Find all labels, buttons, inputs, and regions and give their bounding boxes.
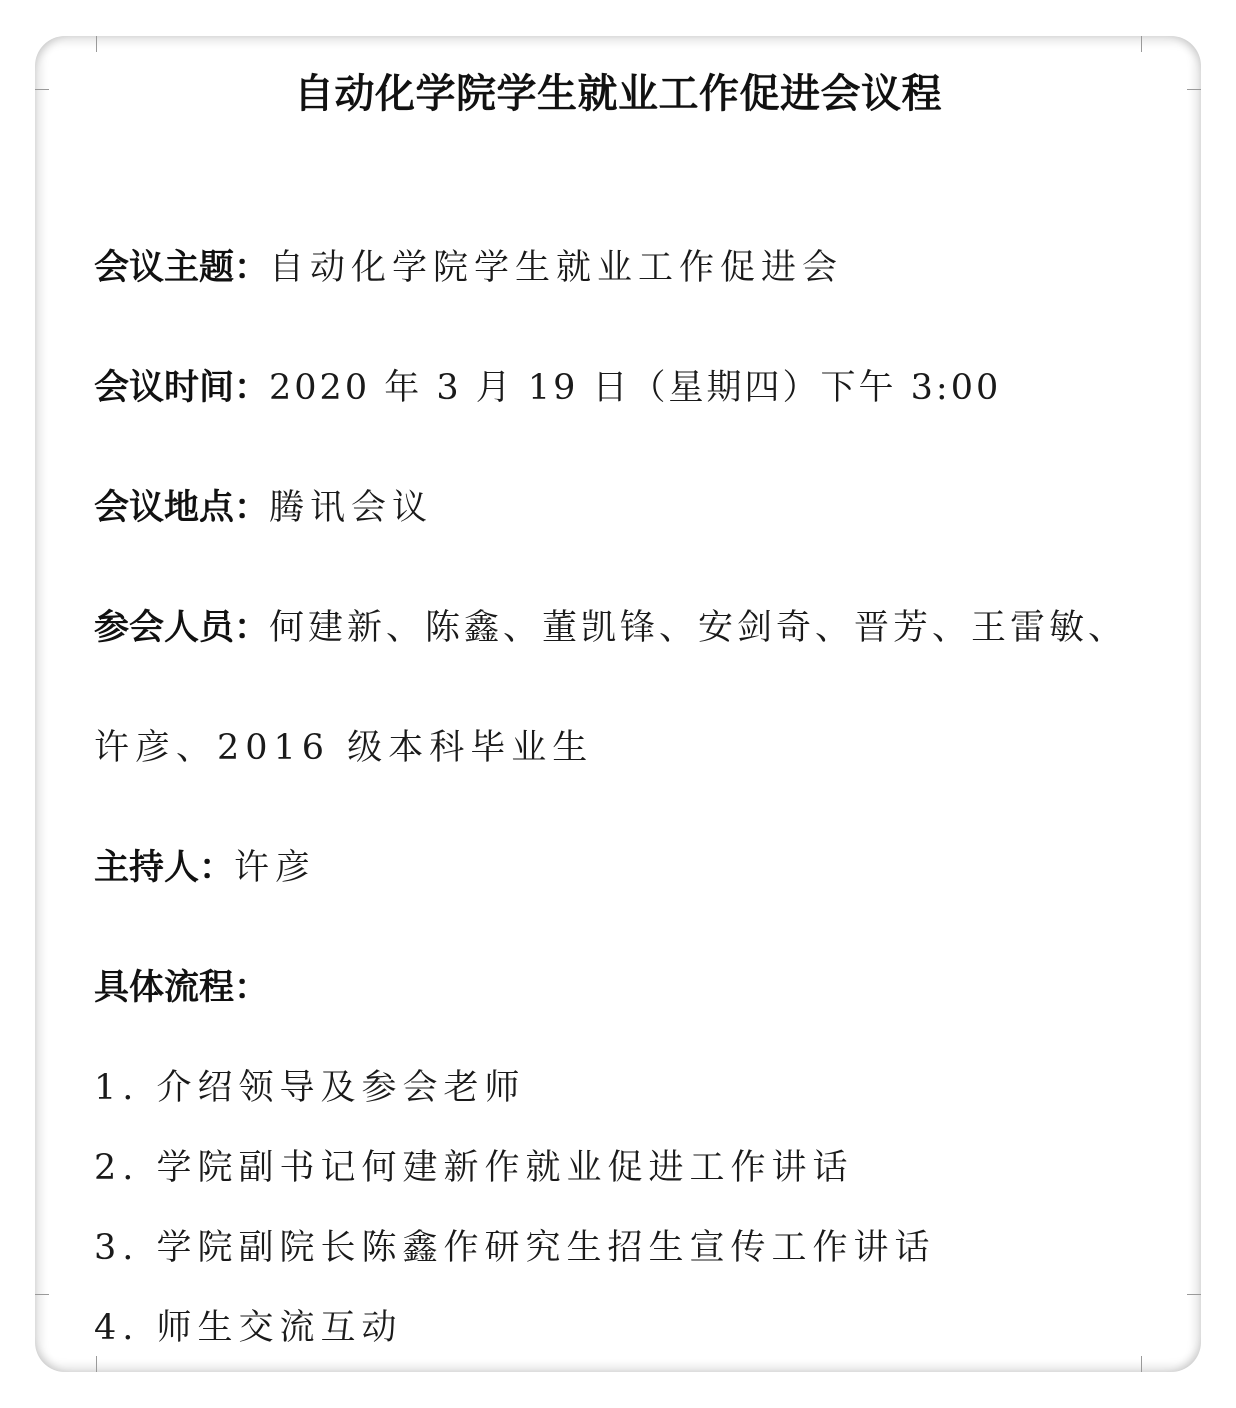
section-heading: 具体流程： <box>94 968 269 1008</box>
field-procedure-heading: 具体流程： <box>94 963 269 1013</box>
field-label: 参会人员： <box>94 608 269 648</box>
field-value: 腾讯会议 <box>269 488 433 528</box>
crop-mark <box>1141 36 1142 52</box>
field-value: 许彦 <box>234 848 316 888</box>
field-value: 2020 年 3 月 19 日（星期四）下午 3:00 <box>269 368 1001 408</box>
field-theme: 会议主题：自动化学院学生就业工作促进会 <box>94 243 843 293</box>
field-attendees: 参会人员：何建新、陈鑫、董凯锋、安剑奇、晋芳、王雷敏、 <box>94 603 1127 653</box>
field-host: 主持人：许彦 <box>94 843 316 893</box>
crop-mark <box>35 1294 49 1295</box>
crop-mark <box>96 1356 97 1372</box>
procedure-item: 2. 学院副书记何建新作就业促进工作讲话 <box>94 1143 854 1193</box>
field-time: 会议时间：2020 年 3 月 19 日（星期四）下午 3:00 <box>94 363 1001 413</box>
procedure-item: 1. 介绍领导及参会老师 <box>94 1063 526 1113</box>
field-label: 会议时间： <box>94 368 269 408</box>
crop-mark <box>96 36 97 52</box>
field-label: 会议地点： <box>94 488 269 528</box>
procedure-item: 4. 师生交流互动 <box>94 1303 403 1353</box>
crop-mark <box>1141 1356 1142 1372</box>
field-value: 何建新、陈鑫、董凯锋、安剑奇、晋芳、王雷敏、 <box>269 608 1127 648</box>
field-value: 自动化学院学生就业工作促进会 <box>269 248 843 288</box>
crop-mark <box>1187 1294 1201 1295</box>
field-label: 主持人： <box>94 848 234 888</box>
document-title: 自动化学院学生就业工作促进会议程 <box>0 66 1236 122</box>
field-attendees-continued: 许彦、2016 级本科毕业生 <box>94 723 593 773</box>
procedure-item: 3. 学院副院长陈鑫作研究生招生宣传工作讲话 <box>94 1223 936 1273</box>
field-location: 会议地点：腾讯会议 <box>94 483 433 533</box>
field-label: 会议主题： <box>94 248 269 288</box>
field-value: 许彦、2016 级本科毕业生 <box>94 728 593 768</box>
